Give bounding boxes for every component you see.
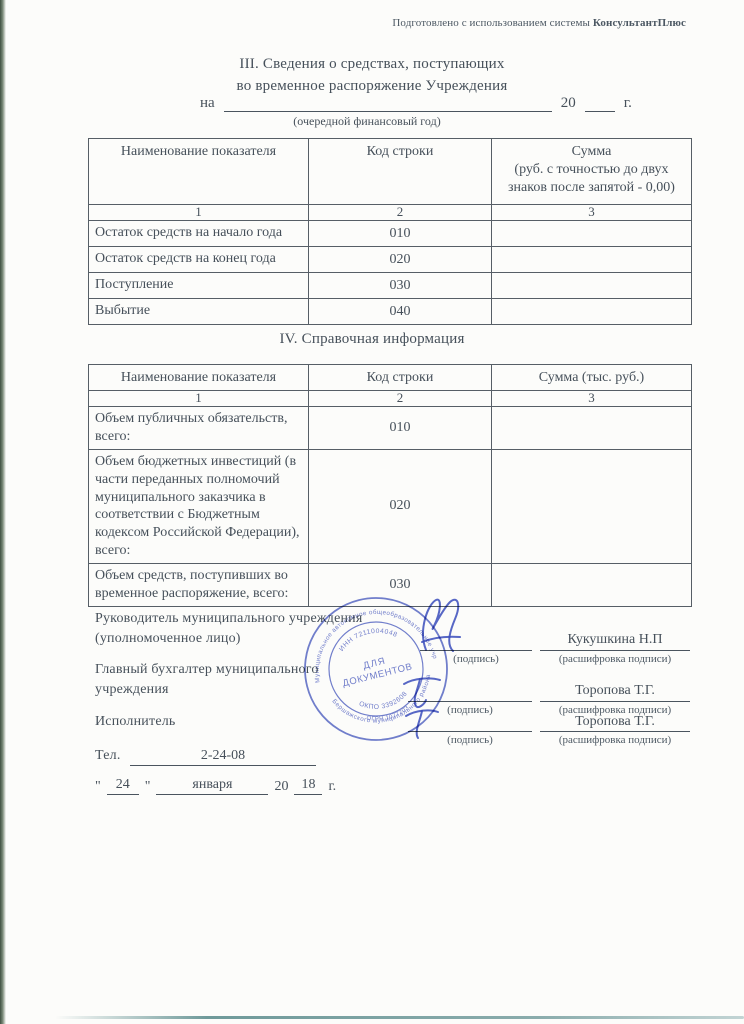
executor-label: Исполнитель: [95, 714, 176, 730]
fiscal-year-caption: (очередной финансовый год): [232, 114, 502, 129]
indicator-name-cell: Объем бюджетных инвестиций (в части пере…: [89, 449, 309, 563]
open-quote: ": [95, 779, 101, 795]
sum-cell: [492, 221, 692, 247]
table-row: Поступление 030: [89, 273, 692, 299]
table-row: Остаток средств на конец года 020: [89, 247, 692, 273]
executor-decrypt-caption: (расшифровка подписи): [540, 734, 690, 746]
col-number-2: 2: [309, 390, 492, 406]
close-quote: ": [145, 779, 151, 795]
header-sum-subtitle: (руб. с точностью до двух знаков после з…: [498, 161, 685, 197]
table-row: Объем публичных обязательств, всего: 010: [89, 406, 692, 449]
header-indicator-name: Наименование показателя: [89, 365, 309, 391]
table-row: Остаток средств на начало года 010: [89, 221, 692, 247]
consultantplus-watermark: Подготовлено с использованием системы Ко…: [392, 17, 686, 29]
watermark-brand: КонсультантПлюс: [593, 17, 686, 29]
head-decrypt-caption: (расшифровка подписи): [540, 653, 690, 665]
line-code-cell: 030: [309, 273, 492, 299]
stamp-inn-text: ИНН 7211004048: [335, 622, 400, 654]
section4-title: IV. Справочная информация: [0, 331, 744, 348]
head-name: Кукушкина Н.П: [540, 632, 690, 651]
head-label-line2: (уполномоченное лицо): [95, 631, 241, 647]
phone-label: Тел.: [95, 748, 121, 764]
indicator-name-cell: Выбытие: [89, 299, 309, 325]
funds-table: Наименование показателя Код строки Сумма…: [88, 138, 692, 325]
header-sum: Сумма(руб. с точностью до двух знаков по…: [492, 139, 692, 205]
fiscal-year-row: на 20 г.: [200, 95, 632, 112]
line-code-cell: 020: [309, 247, 492, 273]
accountant-name: Торопова Т.Г.: [540, 683, 690, 702]
header-sum: Сумма (тыс. руб.): [492, 365, 692, 391]
reference-table-number-row: 1 2 3: [89, 390, 692, 406]
accountant-label-line1: Главный бухгалтер муниципального: [95, 662, 319, 678]
table-row: Выбытие 040: [89, 299, 692, 325]
scan-bottom-edge-line: [55, 1016, 744, 1019]
date-month: января: [156, 777, 268, 795]
line-code-cell: 040: [309, 299, 492, 325]
scan-left-edge-shadow: [0, 0, 6, 1024]
phone-value: 2-24-08: [130, 748, 316, 766]
date-year: 18: [294, 777, 322, 795]
funds-table-number-row: 1 2 3: [89, 205, 692, 221]
col-number-1: 1: [89, 205, 309, 221]
indicator-name-cell: Объем средств, поступивших во временное …: [89, 564, 309, 607]
header-line-code: Код строки: [309, 365, 492, 391]
head-signature-ink-icon: [412, 592, 476, 656]
line-code-cell: 010: [309, 221, 492, 247]
header-sum-title: Сумма: [572, 144, 612, 159]
sum-cell: [492, 273, 692, 299]
fiscal-year-blank-line: [224, 95, 552, 112]
header-line-code: Код строки: [309, 139, 492, 205]
col-number-2: 2: [309, 205, 492, 221]
date-row: " 24 " января 20 18 г.: [95, 777, 336, 795]
accountant-label-line2: учреждения: [95, 682, 169, 698]
indicator-name-cell: Объем публичных обязательств, всего:: [89, 406, 309, 449]
reference-table-header-row: Наименование показателя Код строки Сумма…: [89, 365, 692, 391]
year-blank-line: [585, 95, 615, 112]
table-row: Объем бюджетных инвестиций (в части пере…: [89, 449, 692, 563]
sum-cell: [492, 299, 692, 325]
scanned-document-page: Подготовлено с использованием системы Ко…: [0, 0, 744, 1024]
sum-cell: [492, 247, 692, 273]
section3-title: III. Сведения о средствах, поступающих в…: [0, 54, 744, 98]
indicator-name-cell: Остаток средств на начало года: [89, 221, 309, 247]
header-indicator-name: Наименование показателя: [89, 139, 309, 205]
reference-info-table: Наименование показателя Код строки Сумма…: [88, 364, 692, 607]
date-year-suffix: г.: [328, 779, 336, 795]
na-label: на: [200, 95, 215, 112]
indicator-name-cell: Поступление: [89, 273, 309, 299]
sum-cell: [492, 564, 692, 607]
date-day: 24: [107, 777, 139, 795]
date-year-prefix: 20: [274, 779, 288, 795]
sum-cell: [492, 449, 692, 563]
line-code-cell: 020: [309, 449, 492, 563]
executor-name: Торопова Т.Г.: [540, 714, 690, 732]
col-number-3: 3: [492, 390, 692, 406]
year-suffix: г.: [624, 95, 632, 112]
section3-title-line1: III. Сведения о средствах, поступающих: [0, 54, 744, 76]
col-number-1: 1: [89, 390, 309, 406]
svg-text:ИНН 7211004048: ИНН 7211004048: [335, 622, 400, 654]
watermark-prefix: Подготовлено с использованием системы: [392, 17, 593, 29]
indicator-name-cell: Остаток средств на конец года: [89, 247, 309, 273]
executor-signature-ink-icon: [400, 702, 444, 742]
funds-table-header-row: Наименование показателя Код строки Сумма…: [89, 139, 692, 205]
line-code-cell: 010: [309, 406, 492, 449]
year-prefix: 20: [561, 95, 576, 112]
col-number-3: 3: [492, 205, 692, 221]
sum-cell: [492, 406, 692, 449]
